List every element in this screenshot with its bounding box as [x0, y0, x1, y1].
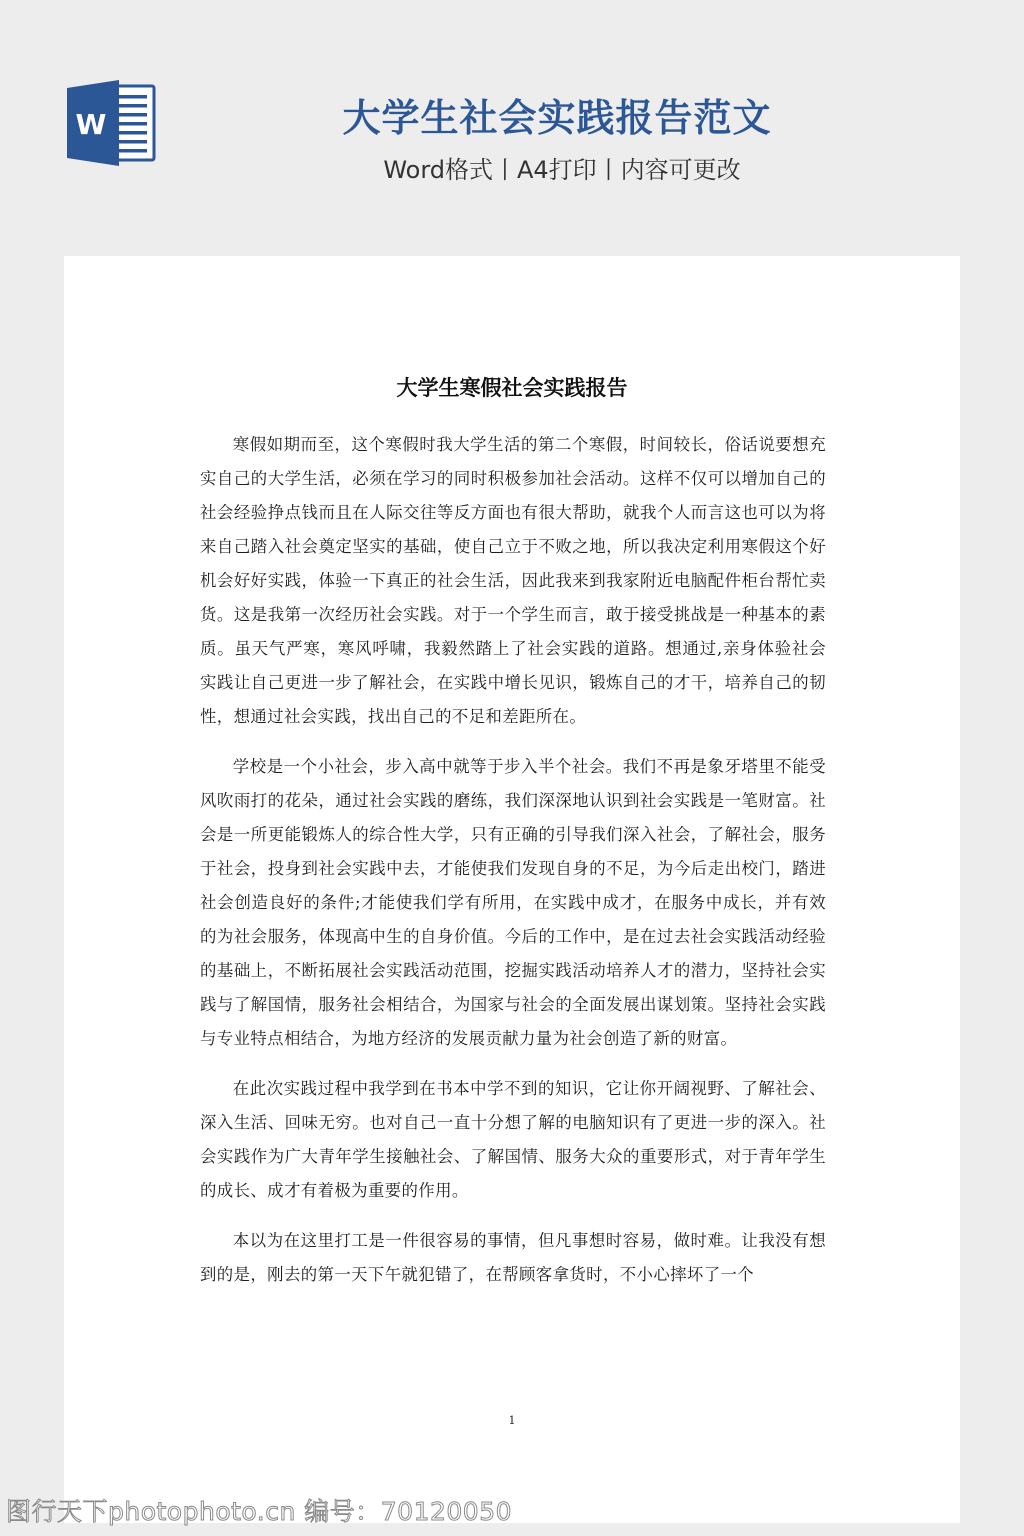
header-banner: W 大学生社会实践报告范文 Word格式丨A4打印丨内容可更改	[0, 0, 1024, 256]
banner-title: 大学生社会实践报告范文	[0, 92, 1024, 144]
document-title: 大学生寒假社会实践报告	[0, 370, 1024, 406]
document-body: 寒假如期而至，这个寒假时我大学生活的第二个寒假，时间较长，俗话说要想充实自己的大…	[200, 428, 826, 1308]
paragraph: 寒假如期而至，这个寒假时我大学生活的第二个寒假，时间较长，俗话说要想充实自己的大…	[200, 428, 826, 734]
page-number: 1	[0, 1414, 1024, 1427]
banner-subtitle: Word格式丨A4打印丨内容可更改	[0, 152, 1024, 188]
watermark: 图行天下photophoto.cn 编号：70120050	[6, 1492, 512, 1528]
paragraph: 本以为在这里打工是一件很容易的事情，但凡事想时容易，做时难。让我没有想到的是，刚…	[200, 1224, 826, 1292]
paragraph: 学校是一个小社会，步入高中就等于步入半个社会。我们不再是象牙塔里不能受风吹雨打的…	[200, 750, 826, 1056]
paragraph: 在此次实践过程中我学到在书本中学不到的知识，它让你开阔视野、了解社会、深入生活、…	[200, 1072, 826, 1208]
